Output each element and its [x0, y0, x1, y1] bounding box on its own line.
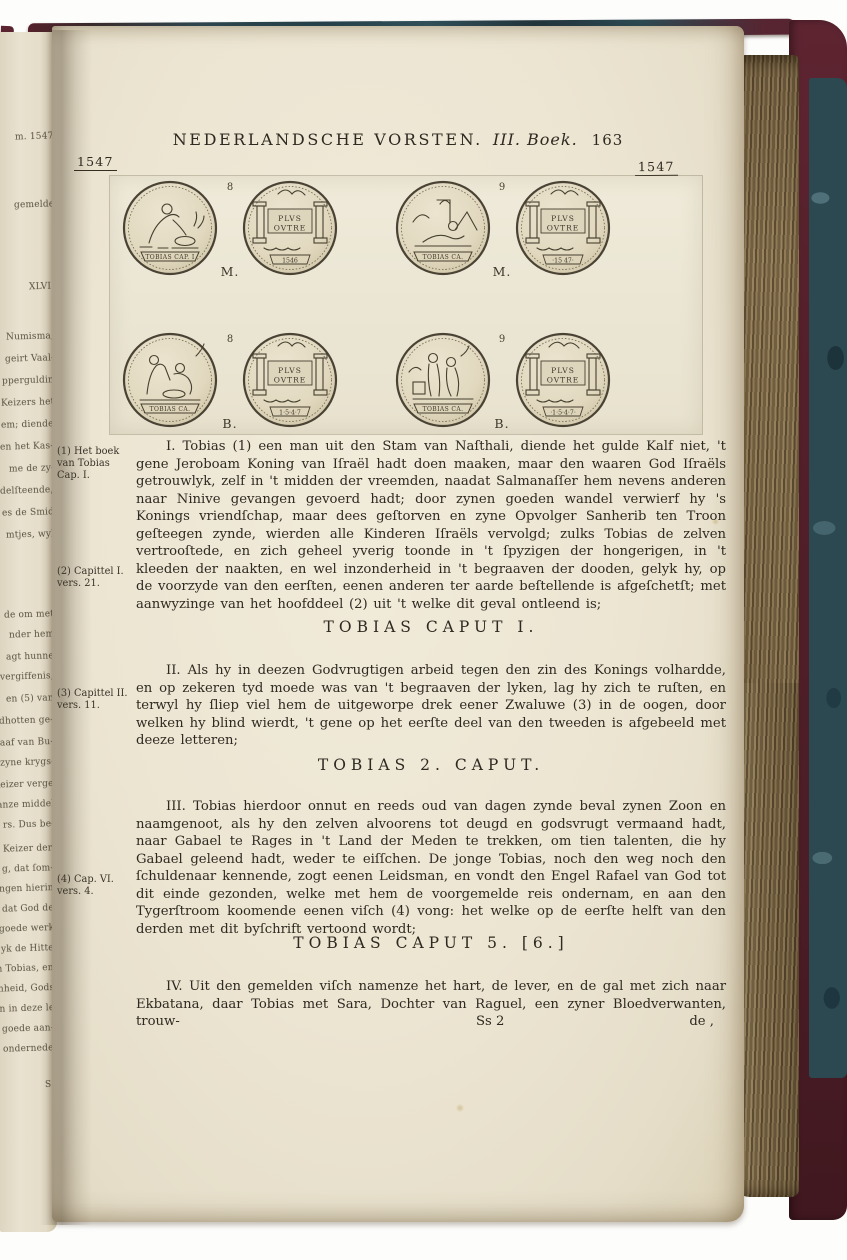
motto-line: OVTRE — [547, 224, 580, 233]
section-heading-1: TOBIAS CAPUT I. — [136, 618, 726, 636]
margin-note-4: (4) Cap. VI. vers. 4. — [57, 874, 133, 898]
page-fragment: goede aan- — [2, 1023, 54, 1034]
page-fragment: dat God de — [2, 903, 54, 914]
medal-obverse: TOBIAS CA. — [122, 332, 218, 428]
page-fragment: pperguldin — [2, 375, 54, 386]
medal-obverse: TOBIAS CA. — [395, 180, 491, 276]
page-fragment: g, dat ſom- — [2, 863, 54, 874]
medal-date: 1546 — [282, 258, 298, 265]
page-fragment: en (5) van — [6, 693, 54, 704]
page-fragment: geirt Vaal- — [5, 353, 55, 364]
page-fragment: ganze middel — [0, 799, 54, 811]
medal-date: ·15 47· — [552, 258, 574, 265]
body-paragraph-4: IV. Uit den gemelden viſch namenze het h… — [136, 978, 726, 1031]
motto-line: PLVS — [278, 214, 302, 223]
medal-reverse: PLVS OVTRE ·1·5·4·7· — [515, 332, 611, 428]
page-fragment: dhotten ge- — [0, 715, 54, 727]
page-fragment: nder hem — [9, 629, 55, 640]
page-fragment: aamheid, Gods — [0, 983, 54, 995]
medal-plate: 8 M. 9 M. 8 B. 9 B. TOBIAS CAP. I — [110, 176, 702, 434]
body-paragraph-1: I. Tobias (1) een man uit den Stam van N… — [136, 438, 726, 613]
medal-date: 1·5·4·7 — [279, 410, 301, 417]
page-fragment: me de zy- — [9, 463, 55, 474]
page-fragment: en het Kas- — [0, 441, 54, 452]
page-fragment: Graaf van Bu- — [0, 737, 54, 749]
margin-note-1: (1) Het boek van Tobias Cap. I. — [57, 446, 133, 481]
page-fragment: Numisma, — [6, 331, 54, 342]
header-volume: III. Boek. — [493, 130, 578, 149]
page-fore-edge — [735, 55, 799, 1197]
obverse-legend: TOBIAS CA. — [150, 406, 191, 413]
page-number: 163 — [592, 131, 624, 149]
body-paragraph-2: II. Als hy in deezen Godvrugtigen arbeid… — [136, 662, 726, 750]
page-fragment: delſteende, — [0, 485, 54, 496]
motto-line: OVTRE — [274, 376, 307, 385]
page-fragment: Keizers het — [0, 397, 54, 408]
marbled-board — [809, 78, 847, 1078]
page-fragment: de om met — [4, 609, 54, 620]
book-page: NEDERLANDSCHE VORSTEN.III. Boek.163 1547… — [52, 26, 744, 1222]
margin-note-2: (2) Capittel I. vers. 21. — [57, 566, 133, 590]
medal-reverse: PLVS OVTRE ·15 47· — [515, 180, 611, 276]
year-mark-left: 1547 — [74, 154, 117, 171]
page-fragment: gen Tobias, en — [0, 963, 54, 975]
page-fragment: yk de Hitte — [1, 943, 54, 954]
medal-obverse: TOBIAS CAP. I — [122, 180, 218, 276]
motto-line: PLVS — [551, 214, 575, 223]
page-fragment: vergiffenis, — [0, 671, 54, 683]
page-fragment: ondernede — [3, 1043, 54, 1054]
page-fragment: or zyne krygs- — [0, 757, 54, 769]
page-fragment: en in deze le — [0, 1003, 54, 1015]
page-fragment: ningen hierin — [0, 883, 54, 895]
motto-line: PLVS — [551, 366, 575, 375]
medal-obverse: TOBIAS CA. — [395, 332, 491, 428]
page-fragment: XLVI. — [29, 282, 55, 293]
obverse-legend: TOBIAS CA. — [423, 406, 464, 413]
body-paragraph-3: III. Tobias hierdoor onnut en reeds oud … — [136, 798, 726, 938]
medal-reverse: PLVS OVTRE 1546 — [242, 180, 338, 276]
page-fragment: agt hunne — [6, 651, 54, 662]
page-fragment: es de Smid — [2, 507, 54, 518]
fox-spot — [456, 1104, 464, 1112]
year-mark-right: 1547 — [635, 159, 678, 176]
medal-reverse: PLVS OVTRE 1·5·4·7 — [242, 332, 338, 428]
page-fragment: gemelde — [14, 199, 55, 210]
signature-mark: Ss 2 — [476, 1014, 504, 1029]
catchword: de , — [689, 1014, 714, 1029]
obverse-legend: TOBIAS CAP. I — [145, 254, 194, 261]
page-fragment: n goede werk — [0, 923, 54, 935]
page-fragment: mtjes, wyl — [6, 529, 55, 540]
obverse-legend: TOBIAS CA. — [423, 254, 464, 261]
page-fragment: Keizer der. — [2, 843, 54, 854]
header-title: NEDERLANDSCHE VORSTEN. — [173, 130, 483, 149]
running-header: NEDERLANDSCHE VORSTEN.III. Boek.163 — [52, 130, 744, 149]
motto-line: PLVS — [278, 366, 302, 375]
page-fragment: rs. Dus be- — [2, 819, 54, 830]
medal-date: ·1·5·4·7· — [550, 410, 576, 417]
section-heading-2: TOBIAS 2. CAPUT. — [136, 756, 726, 774]
page-fragment: de Keizer verge — [0, 779, 54, 791]
page-fragment: m. 1547 — [15, 131, 54, 142]
motto-line: OVTRE — [274, 224, 307, 233]
motto-line: OVTRE — [547, 376, 580, 385]
section-heading-3: TOBIAS CAPUT 5. [6.] — [136, 934, 726, 952]
facing-page-strip: m. 1547 gemelde XLVI. Numisma, geirt Vaa… — [0, 32, 57, 1232]
margin-note-3: (3) Capittel II. vers. 11. — [57, 688, 133, 712]
page-fragment: em; diende — [1, 419, 54, 430]
